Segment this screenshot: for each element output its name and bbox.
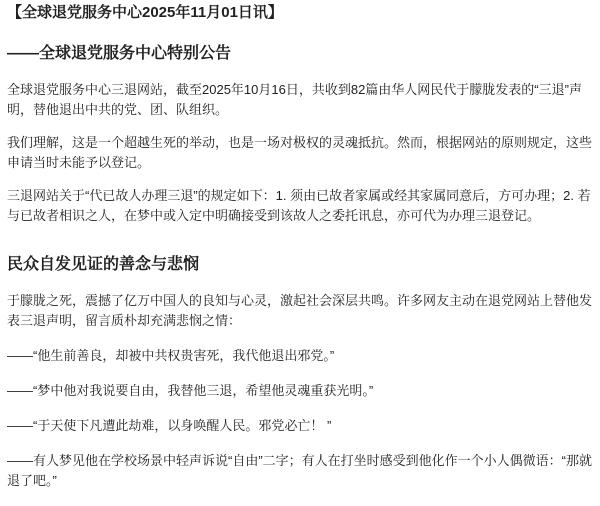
section-intro-paragraph: 于朦胧之死，震撼了亿万中国人的良知与心灵，激起社会深层共鸣。许多网友主动在退党网…	[7, 291, 593, 331]
section-heading: 民众自发见证的善念与悲悯	[7, 252, 593, 278]
article: 【全球退党服务中心2025年11月01日讯】 ——全球退党服务中心特别公告 全球…	[7, 3, 593, 491]
body-paragraph-1: 全球退党服务中心三退网站，截至2025年10月16日，共收到82篇由华人网民代于…	[7, 80, 593, 120]
quote-paragraph-4: ——有人梦见他在学校场景中轻声诉说“自由”二字；有人在打坐时感受到他化作一个小人…	[7, 451, 593, 491]
dateline: 【全球退党服务中心2025年11月01日讯】	[7, 3, 593, 23]
quote-paragraph-1: ——“他生前善良，却被中共权贵害死，我代他退出邪党。”	[7, 346, 593, 366]
body-paragraph-3: 三退网站关于“代已故人办理三退”的规定如下：1. 须由已故者家属或经其家属同意后…	[7, 186, 593, 226]
quote-paragraph-3: ——“于天使下凡遭此劫难，以身唤醒人民。邪党必亡！ ”	[7, 416, 593, 436]
article-title: ——全球退党服务中心特别公告	[7, 41, 593, 67]
body-paragraph-2: 我们理解，这是一个超越生死的举动，也是一场对极权的灵魂抵抗。然而，根据网站的原则…	[7, 133, 593, 173]
quote-paragraph-2: ——“梦中他对我说要自由，我替他三退，希望他灵魂重获光明。”	[7, 381, 593, 401]
